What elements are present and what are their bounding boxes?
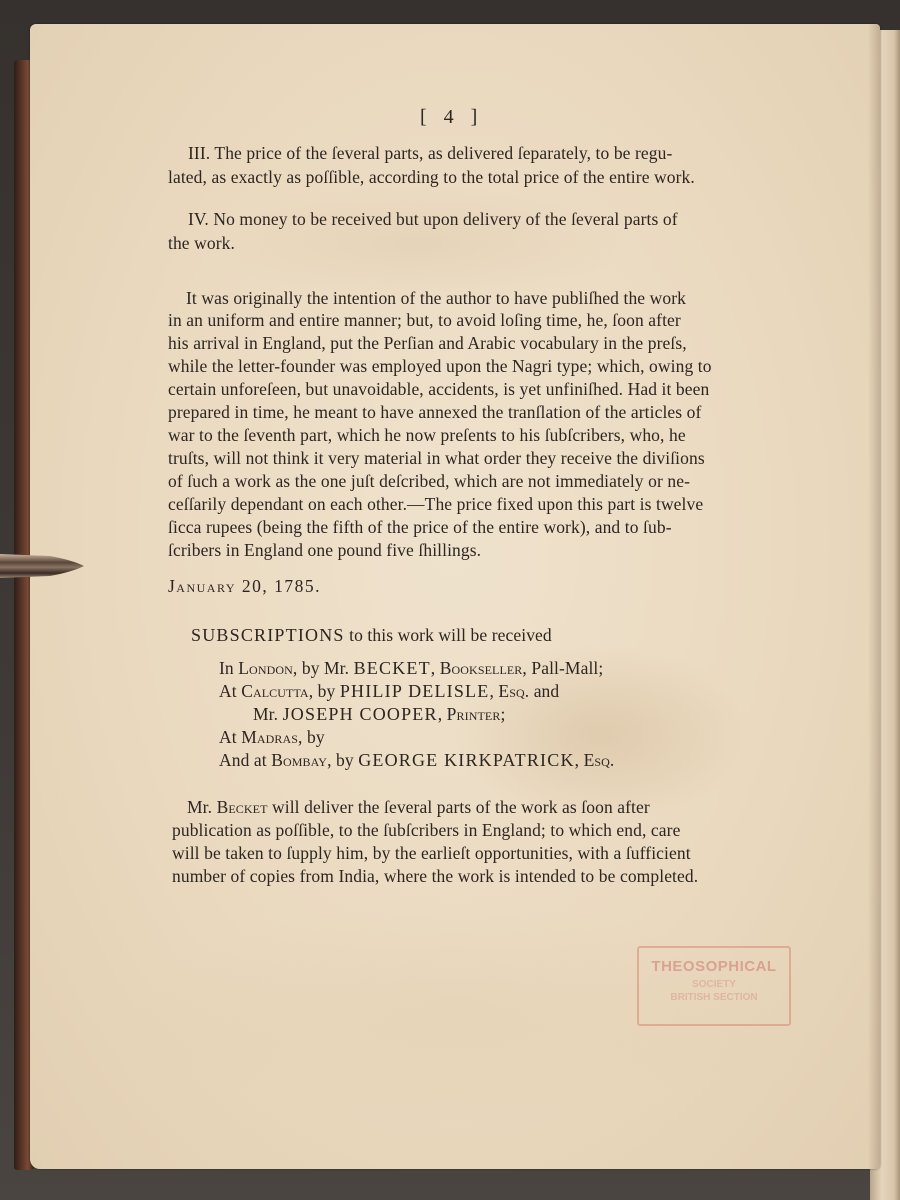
entry-tail: , Pall-Mall; — [522, 658, 603, 678]
text-line: ſicca rupees (being the fifth of the pri… — [168, 517, 672, 538]
stamp-line-1: THEOSOPHICAL — [639, 958, 789, 975]
subscription-entry-madras: At Madras, by — [219, 727, 325, 748]
subscription-entry-london: In London, by Mr. BECKET, Bookseller, Pa… — [219, 658, 603, 679]
text-line: ſcribers in England one pound five ſhill… — [168, 540, 481, 561]
text-line: while the letter-founder was employed up… — [168, 356, 712, 377]
entry-by: , by — [309, 681, 340, 701]
entry-tail: and — [529, 681, 559, 701]
entry-prefix: At — [219, 681, 241, 701]
subscription-entry-bombay: And at Bombay, by GEORGE KIRKPATRICK, Es… — [219, 750, 614, 771]
text-line: prepared in time, he meant to have annex… — [168, 402, 701, 423]
text-line: certain unforeſeen, but unavoidable, acc… — [168, 379, 709, 400]
subscriptions-heading-rest: to this work will be received — [349, 625, 552, 645]
entry-name: PHILIP DELISLE — [340, 681, 490, 701]
text-line: Mr. Becket will deliver the ſeveral part… — [187, 797, 650, 818]
entry-prefix: And at — [219, 750, 271, 770]
subscriptions-heading-caps: SUBSCRIPTIONS — [191, 625, 345, 645]
library-stamp: THEOSOPHICAL SOCIETY BRITISH SECTION — [637, 946, 791, 1026]
stamp-line-3: BRITISH SECTION — [639, 992, 789, 1003]
entry-name: BECKET — [354, 658, 431, 678]
entry-name: JOSEPH COOPER — [283, 704, 438, 724]
entry-by: , by — [327, 750, 358, 770]
subscription-entry-calcutta: At Calcutta, by PHILIP DELISLE, Esq. and — [219, 681, 559, 702]
closing-prefix: Mr. — [187, 797, 217, 817]
entry-title: , Printer — [438, 704, 501, 724]
text-line: publication as poſſible, to the ſubſcrib… — [172, 820, 680, 841]
entry-title: , Esq. — [489, 681, 529, 701]
entry-title: , Esq. — [575, 750, 615, 770]
text-line: war to the ſeventh part, which he now pr… — [168, 425, 686, 446]
date-line: January 20, 1785. — [168, 576, 321, 597]
entry-prefix: At — [219, 727, 241, 747]
entry-name: GEORGE KIRKPATRICK — [358, 750, 574, 770]
text-line: his arrival in England, put the Perſian … — [168, 333, 687, 354]
text-line: in an uniform and entire manner; but, to… — [168, 310, 681, 331]
text-line: lated, as exactly as poſſible, according… — [168, 167, 695, 188]
entry-place: Calcutta — [241, 681, 309, 701]
entry-place: Bombay — [271, 750, 327, 770]
stamp-line-2: SOCIETY — [639, 979, 789, 990]
entry-prefix: In — [219, 658, 238, 678]
page-holder-icon — [0, 548, 84, 584]
entry-place: Madras — [241, 727, 298, 747]
entry-by: , by — [298, 727, 325, 747]
text-line: of ſuch a work as the one juſt deſcribed… — [168, 471, 690, 492]
text-line: will be taken to ſupply him, by the earl… — [172, 843, 691, 864]
text-line: ceſſarily dependant on each other.—The p… — [168, 494, 703, 515]
entry-place: London — [238, 658, 293, 678]
text-line: truſts, will not think it very material … — [168, 448, 705, 469]
page-number: [ 4 ] — [420, 106, 483, 129]
entry-by: , by Mr. — [293, 658, 354, 678]
text-line: It was originally the intention of the a… — [186, 288, 686, 309]
photo-scene: [ 4 ] III. The price of the ſeveral part… — [0, 0, 900, 1200]
entry-prefix: Mr. — [253, 704, 283, 724]
paper-stain — [210, 184, 630, 304]
text-line: the work. — [168, 233, 235, 254]
text-line: IV. No money to be received but upon del… — [188, 209, 678, 230]
closing-name: Becket — [217, 797, 268, 817]
subscription-entry-cooper: Mr. JOSEPH COOPER, Printer; — [253, 704, 505, 725]
entry-tail: ; — [500, 704, 505, 724]
entry-title: , Bookseller — [431, 658, 523, 678]
subscriptions-heading: SUBSCRIPTIONS to this work will be recei… — [191, 625, 552, 646]
closing-rest: will deliver the ſeveral parts of the wo… — [268, 797, 650, 817]
text-line: number of copies from India, where the w… — [172, 866, 698, 887]
text-line: III. The price of the ſeveral parts, as … — [188, 143, 672, 164]
